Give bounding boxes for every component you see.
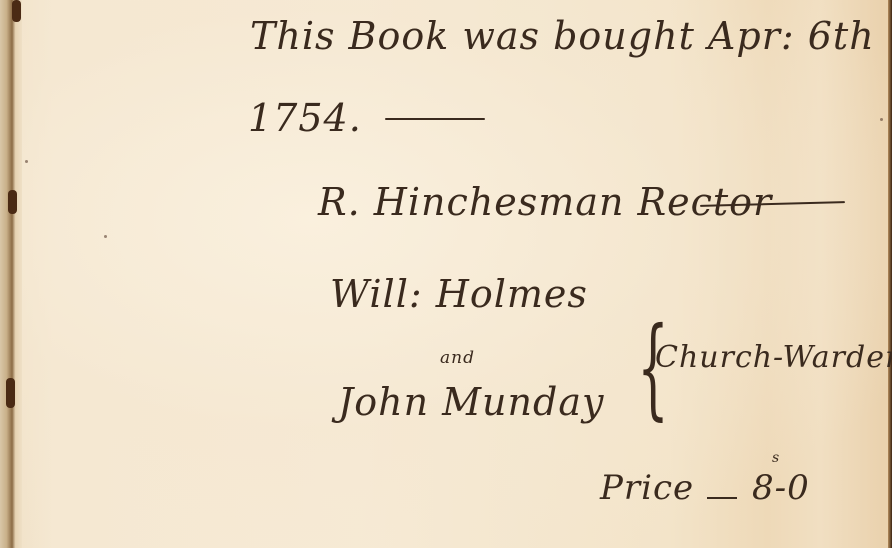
wardens-title: Church-Wardens <box>655 340 892 375</box>
price-dash <box>707 497 737 499</box>
paper-speck <box>25 160 28 163</box>
purchase-line: This Book was bought Apr: 6th <box>250 14 875 58</box>
price-value: 8-0 <box>752 468 810 508</box>
manuscript-page: This Book was bought Apr: 6th 1754. R. H… <box>0 0 892 548</box>
warden-munday: John Munday <box>338 380 604 424</box>
purchase-year: 1754. <box>248 96 362 140</box>
rector-signature: R. Hinchesman Rector <box>318 180 772 224</box>
price-unit-shillings: s <box>772 450 780 466</box>
year-dash <box>385 118 485 120</box>
book-gutter <box>0 0 22 548</box>
conjunction-and: and <box>440 348 475 368</box>
paper-speck <box>104 235 107 238</box>
price-label: Price <box>600 468 694 508</box>
binding-stain <box>12 0 21 22</box>
paper-speck <box>880 118 883 121</box>
page-edge <box>888 0 892 548</box>
warden-holmes: Will: Holmes <box>330 272 588 316</box>
binding-stain <box>8 190 17 214</box>
binding-stain <box>6 378 15 408</box>
